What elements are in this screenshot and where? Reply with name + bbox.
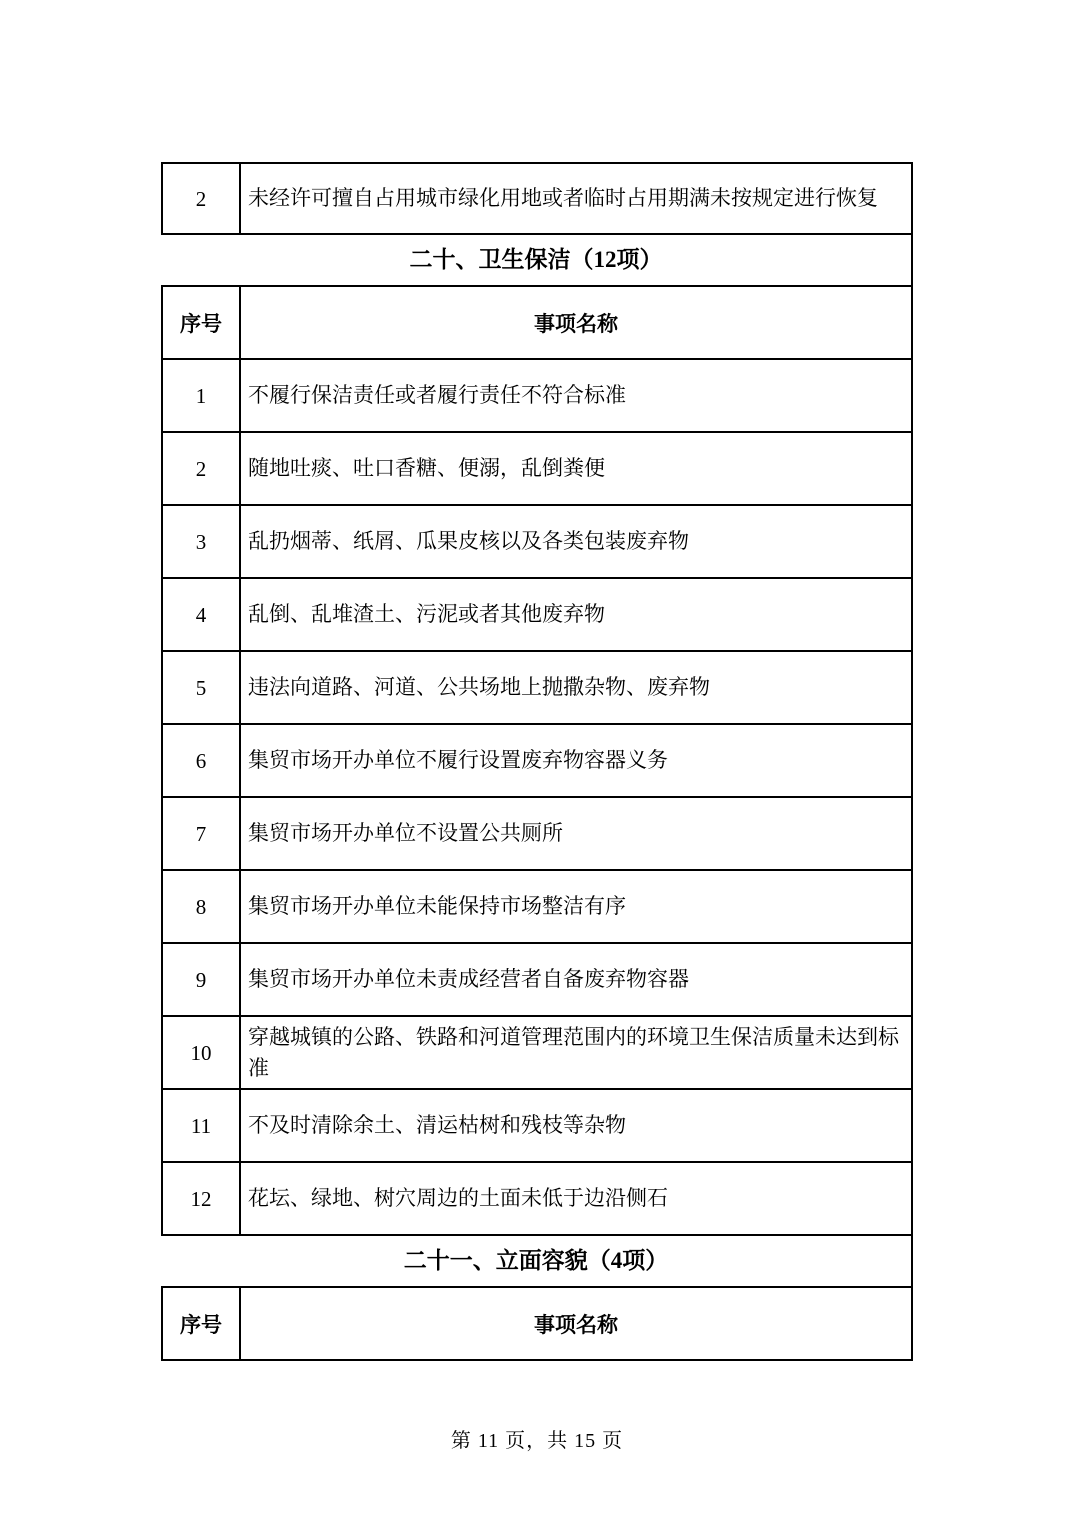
item-name-cell: 随地吐痰、吐口香糖、便溺，乱倒粪便 [240, 432, 912, 505]
item-name-cell: 花坛、绿地、树穴周边的土面未低于边沿侧石 [240, 1162, 912, 1235]
table-row: 8 集贸市场开办单位未能保持市场整洁有序 [162, 870, 912, 943]
page-number-footer: 第 11 页，共 15 页 [0, 1424, 1074, 1453]
table-row: 10 穿越城镇的公路、铁路和河道管理范围内的环境卫生保洁质量未达到标准 [162, 1016, 912, 1089]
item-name-cell: 未经许可擅自占用城市绿化用地或者临时占用期满未按规定进行恢复 [240, 163, 912, 234]
table-row: 6 集贸市场开办单位不履行设置废弃物容器义务 [162, 724, 912, 797]
table-row: 2 随地吐痰、吐口香糖、便溺，乱倒粪便 [162, 432, 912, 505]
item-name-cell: 乱扔烟蒂、纸屑、瓜果皮核以及各类包装废弃物 [240, 505, 912, 578]
row-number-cell: 2 [162, 163, 240, 234]
section-21-table: 序号 事项名称 [161, 1286, 913, 1361]
table-row: 3 乱扔烟蒂、纸屑、瓜果皮核以及各类包装废弃物 [162, 505, 912, 578]
row-number-cell: 1 [162, 359, 240, 432]
item-name-cell: 集贸市场开办单位未能保持市场整洁有序 [240, 870, 912, 943]
row-number-cell: 9 [162, 943, 240, 1016]
row-number-cell: 10 [162, 1016, 240, 1089]
table-row: 1 不履行保洁责任或者履行责任不符合标准 [162, 359, 912, 432]
row-number-cell: 4 [162, 578, 240, 651]
table-row: 4 乱倒、乱堆渣土、污泥或者其他废弃物 [162, 578, 912, 651]
item-name-cell: 集贸市场开办单位不履行设置废弃物容器义务 [240, 724, 912, 797]
section-20-title: 二十、卫生保洁（12项） [161, 235, 913, 285]
table-header-row: 序号 事项名称 [162, 1287, 912, 1360]
row-number-cell: 2 [162, 432, 240, 505]
item-name-cell: 违法向道路、河道、公共场地上抛撒杂物、废弃物 [240, 651, 912, 724]
table-row: 2 未经许可擅自占用城市绿化用地或者临时占用期满未按规定进行恢复 [162, 163, 912, 234]
section-20-table: 序号 事项名称 1 不履行保洁责任或者履行责任不符合标准 2 随地吐痰、吐口香糖… [161, 285, 913, 1236]
page-content: 2 未经许可擅自占用城市绿化用地或者临时占用期满未按规定进行恢复 二十、卫生保洁… [161, 162, 913, 1361]
row-number-cell: 6 [162, 724, 240, 797]
row-number-cell: 5 [162, 651, 240, 724]
item-name-cell: 集贸市场开办单位不设置公共厕所 [240, 797, 912, 870]
table-row: 11 不及时清除余土、清运枯树和残枝等杂物 [162, 1089, 912, 1162]
table-header-row: 序号 事项名称 [162, 286, 912, 359]
row-number-cell: 3 [162, 505, 240, 578]
item-name-cell: 不履行保洁责任或者履行责任不符合标准 [240, 359, 912, 432]
table-row: 9 集贸市场开办单位未责成经营者自备废弃物容器 [162, 943, 912, 1016]
section-21-title: 二十一、立面容貌（4项） [161, 1236, 913, 1286]
table-row: 5 违法向道路、河道、公共场地上抛撒杂物、废弃物 [162, 651, 912, 724]
column-header-name: 事项名称 [240, 286, 912, 359]
continuation-table: 2 未经许可擅自占用城市绿化用地或者临时占用期满未按规定进行恢复 [161, 162, 913, 235]
row-number-cell: 8 [162, 870, 240, 943]
item-name-cell: 集贸市场开办单位未责成经营者自备废弃物容器 [240, 943, 912, 1016]
item-name-cell: 穿越城镇的公路、铁路和河道管理范围内的环境卫生保洁质量未达到标准 [240, 1016, 912, 1089]
table-row: 12 花坛、绿地、树穴周边的土面未低于边沿侧石 [162, 1162, 912, 1235]
item-name-cell: 乱倒、乱堆渣土、污泥或者其他废弃物 [240, 578, 912, 651]
row-number-cell: 7 [162, 797, 240, 870]
document-page: 2 未经许可擅自占用城市绿化用地或者临时占用期满未按规定进行恢复 二十、卫生保洁… [0, 0, 1074, 1519]
item-name-cell: 不及时清除余土、清运枯树和残枝等杂物 [240, 1089, 912, 1162]
row-number-cell: 11 [162, 1089, 240, 1162]
table-row: 7 集贸市场开办单位不设置公共厕所 [162, 797, 912, 870]
row-number-cell: 12 [162, 1162, 240, 1235]
column-header-no: 序号 [162, 1287, 240, 1360]
column-header-no: 序号 [162, 286, 240, 359]
column-header-name: 事项名称 [240, 1287, 912, 1360]
